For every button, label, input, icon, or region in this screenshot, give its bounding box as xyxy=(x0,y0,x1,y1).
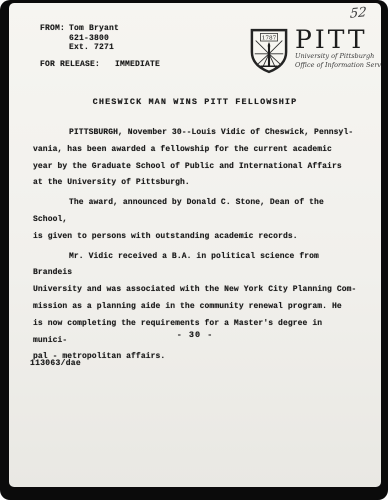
from-block: FROM: Tom Bryant 621-3800 Ext. 7271 FOR … xyxy=(40,24,160,69)
org-line-2: Office of Information Services xyxy=(295,61,381,70)
release-row: FOR RELEASE: IMMEDIATE xyxy=(40,60,160,70)
from-name: Tom Bryant xyxy=(69,24,119,34)
end-mark: - 30 - xyxy=(9,330,381,340)
release-value: IMMEDIATE xyxy=(115,60,160,70)
press-release-page: 52 FROM: Tom Bryant 621-3800 Ext. 7271 F… xyxy=(9,3,381,487)
paragraph-2: The award, announced by Donald C. Stone,… xyxy=(33,195,359,245)
paragraph-3: Mr. Vidic received a B.A. in political s… xyxy=(33,249,359,367)
from-label: FROM: xyxy=(40,24,69,34)
pitt-logo: 1787 PITT University of Pittsburgh Offic… xyxy=(250,28,381,74)
shield-year-text: 1787 xyxy=(262,36,277,42)
release-label: FOR RELEASE: xyxy=(40,60,100,70)
logo-text: PITT University of Pittsburgh Office of … xyxy=(295,28,381,70)
from-phone: 621-3800 xyxy=(40,34,160,44)
handwritten-page-number: 52 xyxy=(350,5,368,22)
scan-background: 52 FROM: Tom Bryant 621-3800 Ext. 7271 F… xyxy=(0,0,388,500)
pitt-wordmark: PITT xyxy=(295,28,381,52)
org-line-1: University of Pittsburgh xyxy=(295,52,381,61)
pitt-shield-icon: 1787 xyxy=(250,28,288,74)
from-row: FROM: Tom Bryant xyxy=(40,24,160,34)
from-extension: Ext. 7271 xyxy=(40,43,160,53)
reference-code: 113063/dae xyxy=(30,359,81,368)
headline: CHESWICK MAN WINS PITT FELLOWSHIP xyxy=(9,97,381,107)
paragraph-1: PITTSBURGH, November 30--Louis Vidic of … xyxy=(33,125,359,192)
